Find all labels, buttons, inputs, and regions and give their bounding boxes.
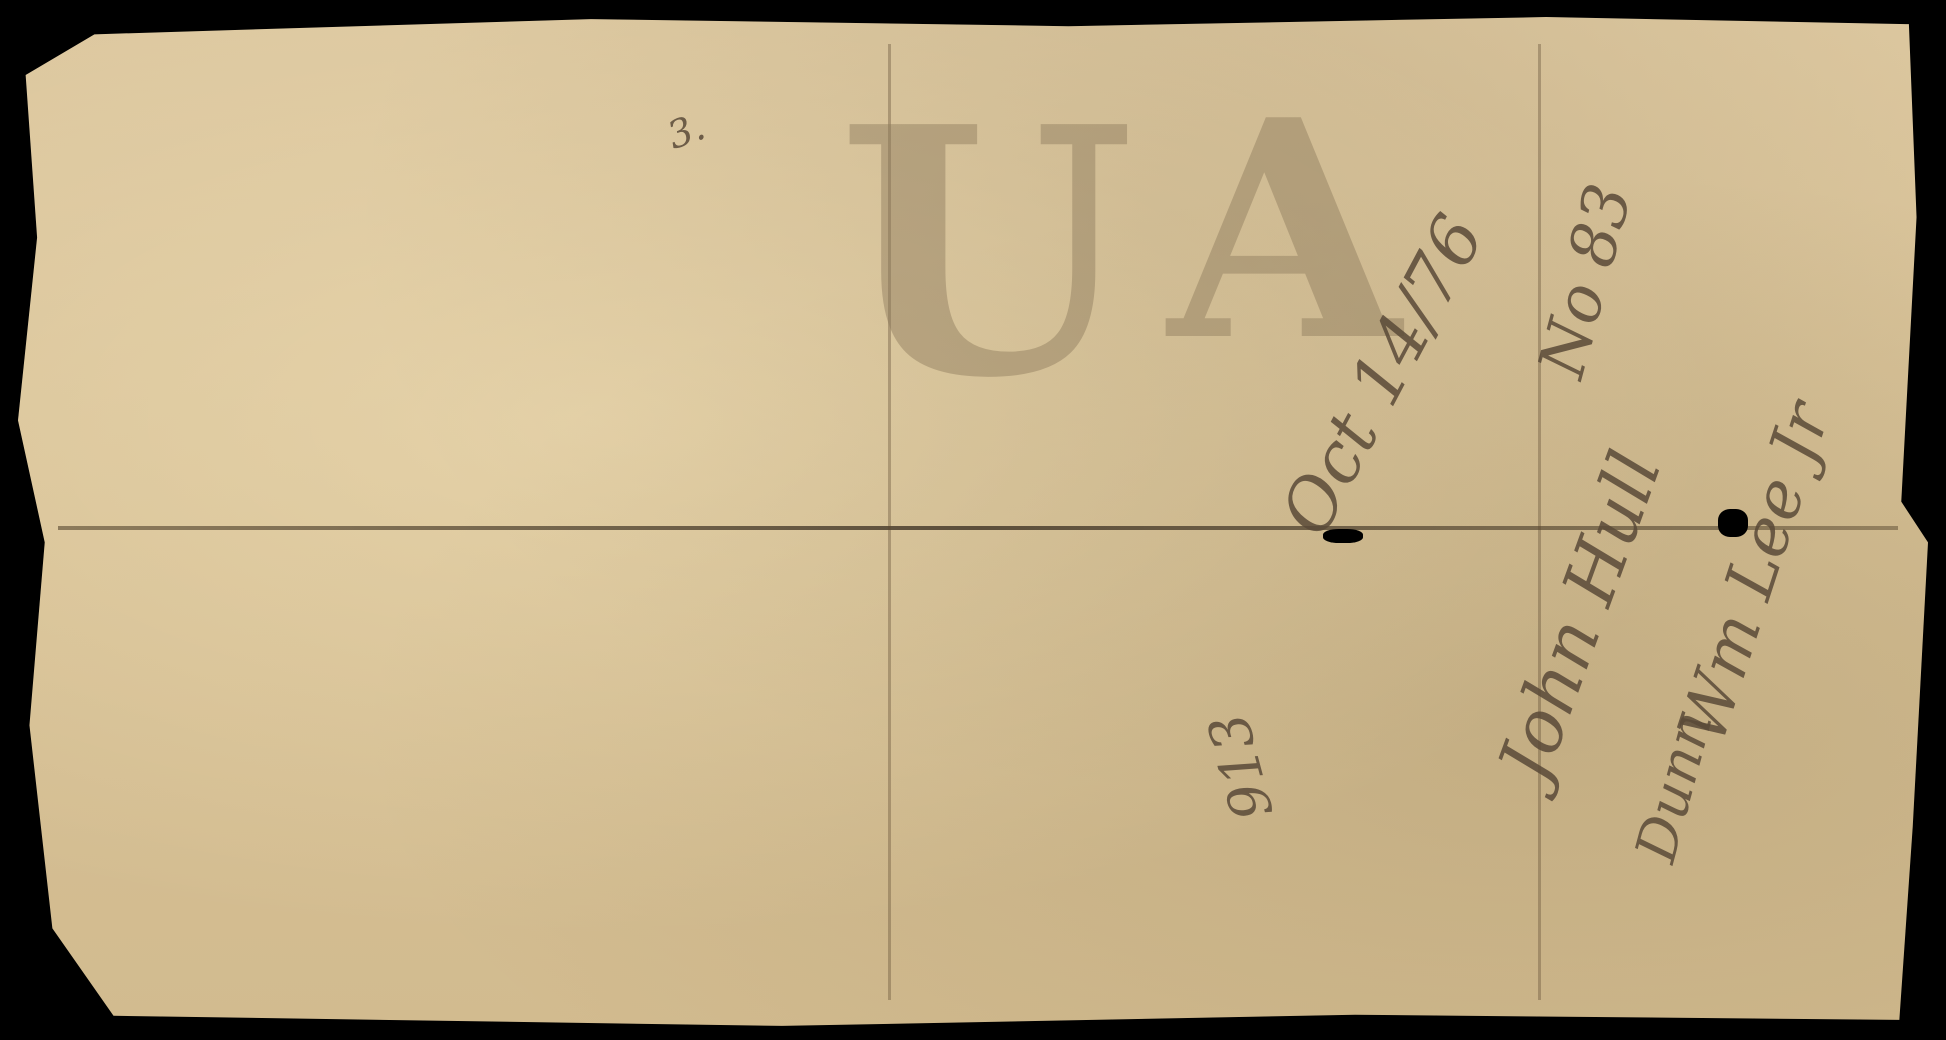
paper-hole [1718, 509, 1748, 537]
number-mark: 913 [1196, 706, 1286, 826]
notation-right: No 83 [1525, 177, 1647, 386]
ledger-mark: 3. [662, 104, 711, 158]
ghost-letter-left: U [838, 54, 1135, 453]
signature-2: Wm Lee Jr [1663, 393, 1845, 752]
vertical-fold [1538, 44, 1541, 1000]
signature-3: Dunn [1623, 704, 1725, 869]
signature-1: John Hull [1481, 440, 1677, 791]
paper-hole [1323, 529, 1363, 543]
paper-note: U A 3. Oct 14/76 No 83 913 John Hull Wm … [18, 14, 1928, 1030]
